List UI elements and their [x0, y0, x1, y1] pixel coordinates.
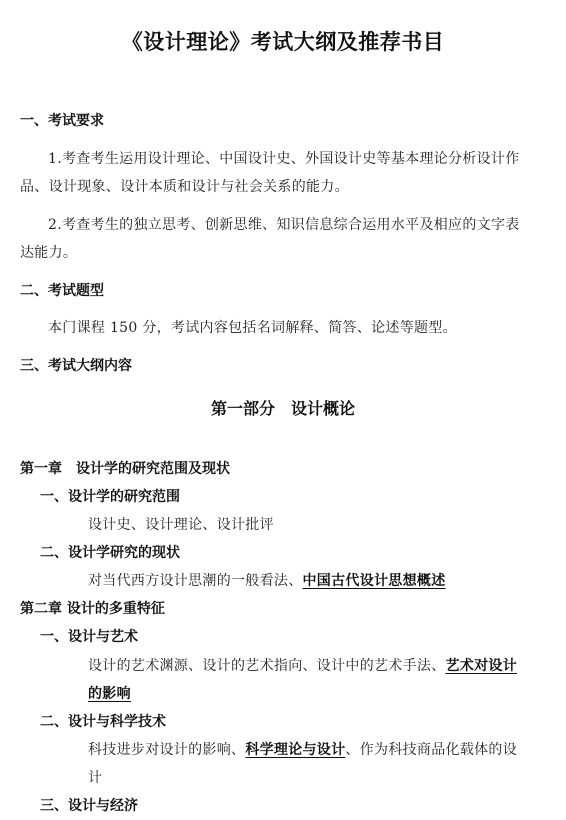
question-types-text: 本门课程 150 分，考试内容包括名词解释、简答、论述等题型。	[48, 317, 457, 337]
key-point: 科学理论与设计	[245, 742, 345, 758]
part-title: 第一部分 设计概论	[0, 396, 566, 419]
key-point: 艺术对设计	[446, 658, 518, 674]
section-heading-outline: 三、考试大纲内容	[20, 355, 132, 375]
chapter-2-subsection-2-body-line-1: 科技进步对设计的影响、科学理论与设计、作为科技商品化载体的设	[88, 739, 517, 759]
body-text: 科技进步对设计的影响、	[88, 742, 245, 758]
chapter-2-title: 第二章 设计的多重特征	[20, 598, 165, 618]
chapter-2-subsection-2-body-line-2: 计	[88, 767, 102, 787]
requirement-1-line-2: 品、设计现象、设计本质和设计与社会关系的能力。	[20, 176, 349, 196]
section-heading-requirements: 一、考试要求	[20, 110, 104, 130]
key-point: 的影响	[88, 686, 131, 702]
chapter-1-subsection-2-title: 二、设计学研究的现状	[40, 542, 180, 562]
section-heading-question-types: 二、考试题型	[20, 280, 104, 300]
body-text: 设计的艺术渊源、设计的艺术指向、设计中的艺术手法、	[88, 658, 446, 674]
chapter-2-subsection-1-body-line-1: 设计的艺术渊源、设计的艺术指向、设计中的艺术手法、艺术对设计	[88, 655, 517, 675]
chapter-2-subsection-3-title: 三、设计与经济	[40, 795, 138, 815]
requirement-2-line-1: 2.考查考生的独立思考、创新思维、知识信息综合运用水平及相应的文字表	[48, 214, 520, 234]
chapter-1-subsection-2-body: 对当代西方设计思潮的一般看法、中国古代设计思想概述	[88, 570, 446, 590]
document-title: 《设计理论》考试大纲及推荐书目	[0, 26, 566, 56]
key-point: 中国古代设计思想概述	[303, 573, 446, 589]
chapter-1-subsection-1-body: 设计史、设计理论、设计批评	[88, 514, 274, 534]
body-text: 对当代西方设计思潮的一般看法、	[88, 573, 303, 589]
chapter-1-title: 第一章 设计学的研究范围及现状	[20, 458, 230, 478]
chapter-2-subsection-1-title: 一、设计与艺术	[40, 626, 138, 646]
body-text: 、作为科技商品化载体的设	[345, 742, 517, 758]
chapter-1-subsection-1-title: 一、设计学的研究范围	[40, 486, 180, 506]
requirement-2-line-2: 达能力。	[20, 242, 77, 262]
chapter-2-subsection-1-body-line-2: 的影响	[88, 683, 131, 703]
requirement-1-line-1: 1.考查考生运用设计理论、中国设计史、外国设计史等基本理论分析设计作	[48, 148, 520, 168]
chapter-2-subsection-2-title: 二、设计与科学技术	[40, 711, 166, 731]
